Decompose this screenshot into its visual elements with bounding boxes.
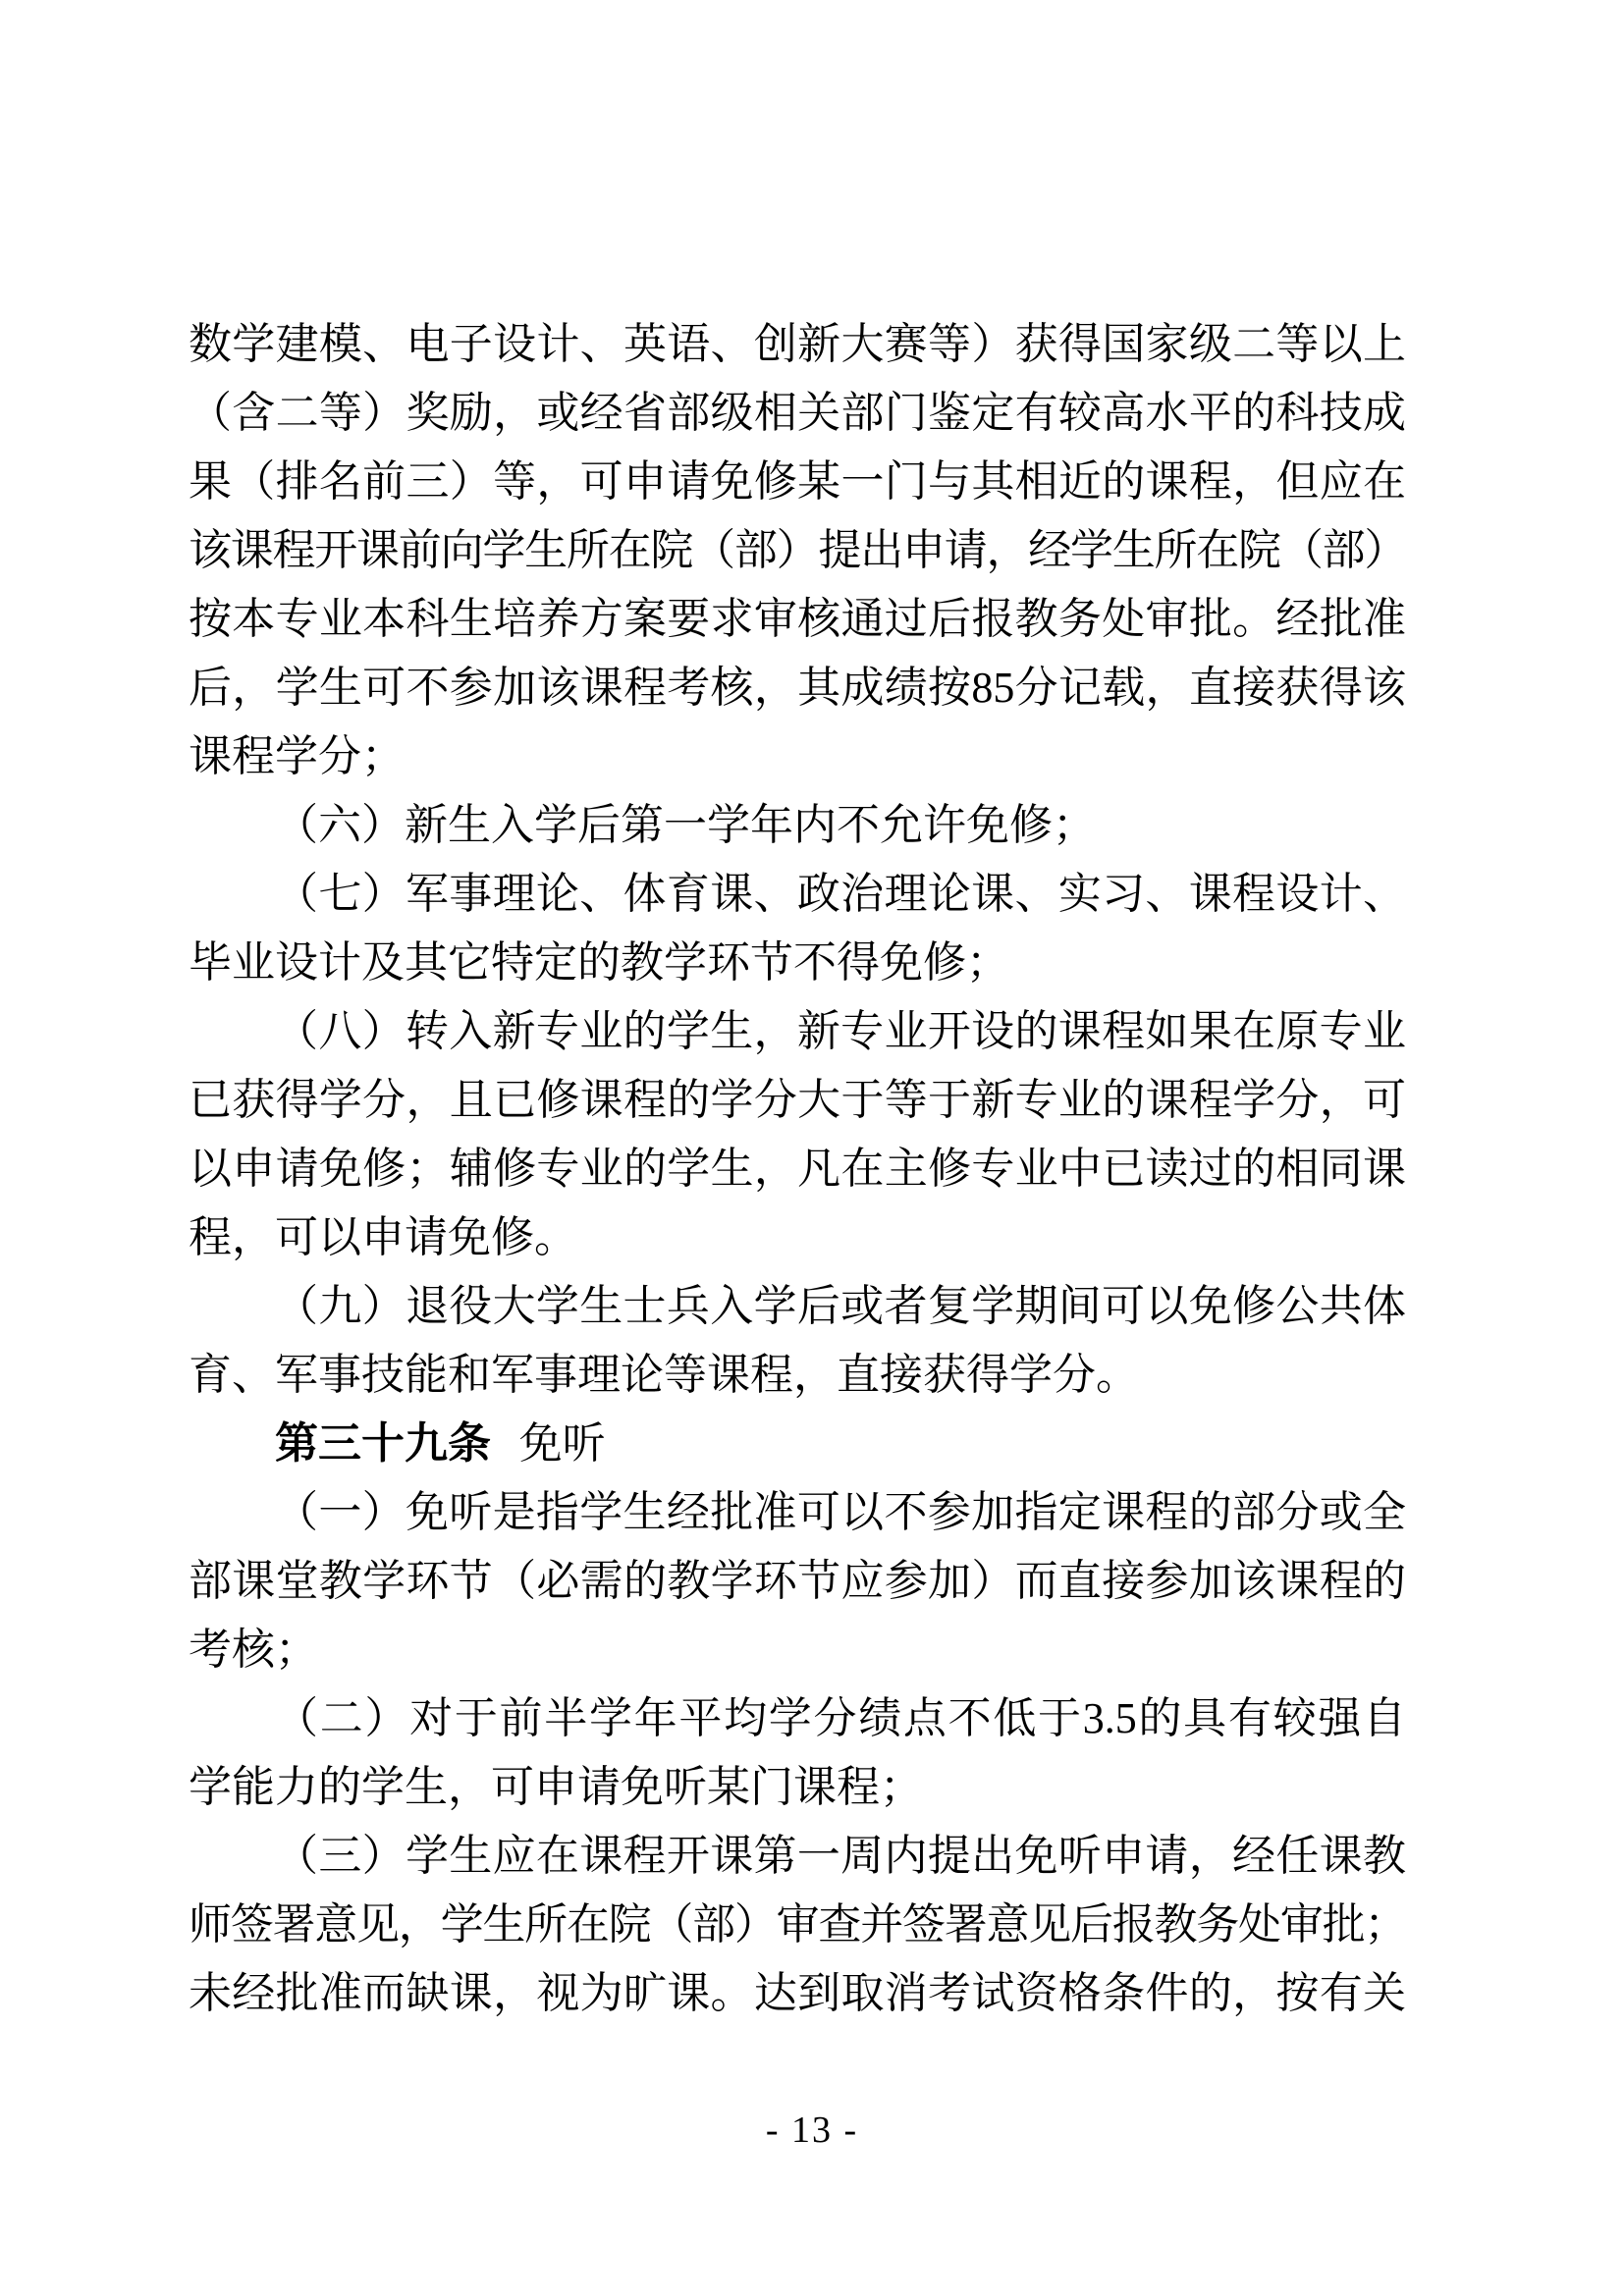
text-line: （含二等）奖励，或经省部级相关部门鉴定有较高水平的科技成 — [189, 379, 1406, 448]
text-line: （三）学生应在课程开课第一周内提出免听申请，经任课教 — [189, 1822, 1406, 1891]
text-line: （八）转入新专业的学生，新专业开设的课程如果在原专业 — [189, 997, 1406, 1066]
text-line: 未经批准而缺课，视为旷课。达到取消考试资格条件的，按有关 — [189, 1959, 1406, 2028]
text-line: 学能力的学生，可申请免听某门课程； — [189, 1753, 1406, 1822]
text-line: 毕业设计及其它特定的教学环节不得免修； — [189, 929, 1406, 997]
text-line: 该课程开课前向学生所在院（部）提出申请，经学生所在院（部） — [189, 516, 1406, 585]
text-line: 以申请免修；辅修专业的学生，凡在主修专业中已读过的相同课 — [189, 1135, 1406, 1203]
text-line: 按本专业本科生培养方案要求审核通过后报教务处审批。经批准 — [189, 585, 1406, 654]
article-title: 免听 — [519, 1419, 606, 1468]
page-number: - 13 - — [0, 2109, 1624, 2152]
text-line: （九）退役大学生士兵入学后或者复学期间可以免修公共体 — [189, 1272, 1406, 1341]
text-line: （六）新生入学后第一学年内不允许免修； — [189, 791, 1406, 860]
text-line: 育、军事技能和军事理论等课程，直接获得学分。 — [189, 1341, 1406, 1410]
text-line: 部课堂教学环节（必需的教学环节应参加）而直接参加该课程的 — [189, 1547, 1406, 1616]
text-line: （二）对于前半学年平均学分绩点不低于3.5的具有较强自 — [189, 1684, 1406, 1753]
text-line: 程，可以申请免修。 — [189, 1203, 1406, 1272]
text-line: （一）免听是指学生经批准可以不参加指定课程的部分或全 — [189, 1478, 1406, 1547]
text-line: 果（排名前三）等，可申请免修某一门与其相近的课程，但应在 — [189, 448, 1406, 516]
text-line: 已获得学分，且已修课程的学分大于等于新专业的课程学分，可 — [189, 1066, 1406, 1135]
text-line: 后，学生可不参加该课程考核，其成绩按85分记载，直接获得该 — [189, 654, 1406, 722]
document-page: 数学建模、电子设计、英语、创新大赛等）获得国家级二等以上（含二等）奖励，或经省部… — [0, 0, 1624, 2296]
text-line: 考核； — [189, 1616, 1406, 1684]
text-line: （七）军事理论、体育课、政治理论课、实习、课程设计、 — [189, 860, 1406, 929]
text-line: 课程学分； — [189, 722, 1406, 791]
article-number: 第三十九条 — [275, 1419, 491, 1468]
document-text-block: 数学建模、电子设计、英语、创新大赛等）获得国家级二等以上（含二等）奖励，或经省部… — [189, 310, 1406, 2028]
text-line: 师签署意见，学生所在院（部）审查并签署意见后报教务处审批； — [189, 1891, 1406, 1959]
text-line: 数学建模、电子设计、英语、创新大赛等）获得国家级二等以上 — [189, 310, 1406, 379]
article-heading: 第三十九条免听 — [189, 1410, 1406, 1478]
